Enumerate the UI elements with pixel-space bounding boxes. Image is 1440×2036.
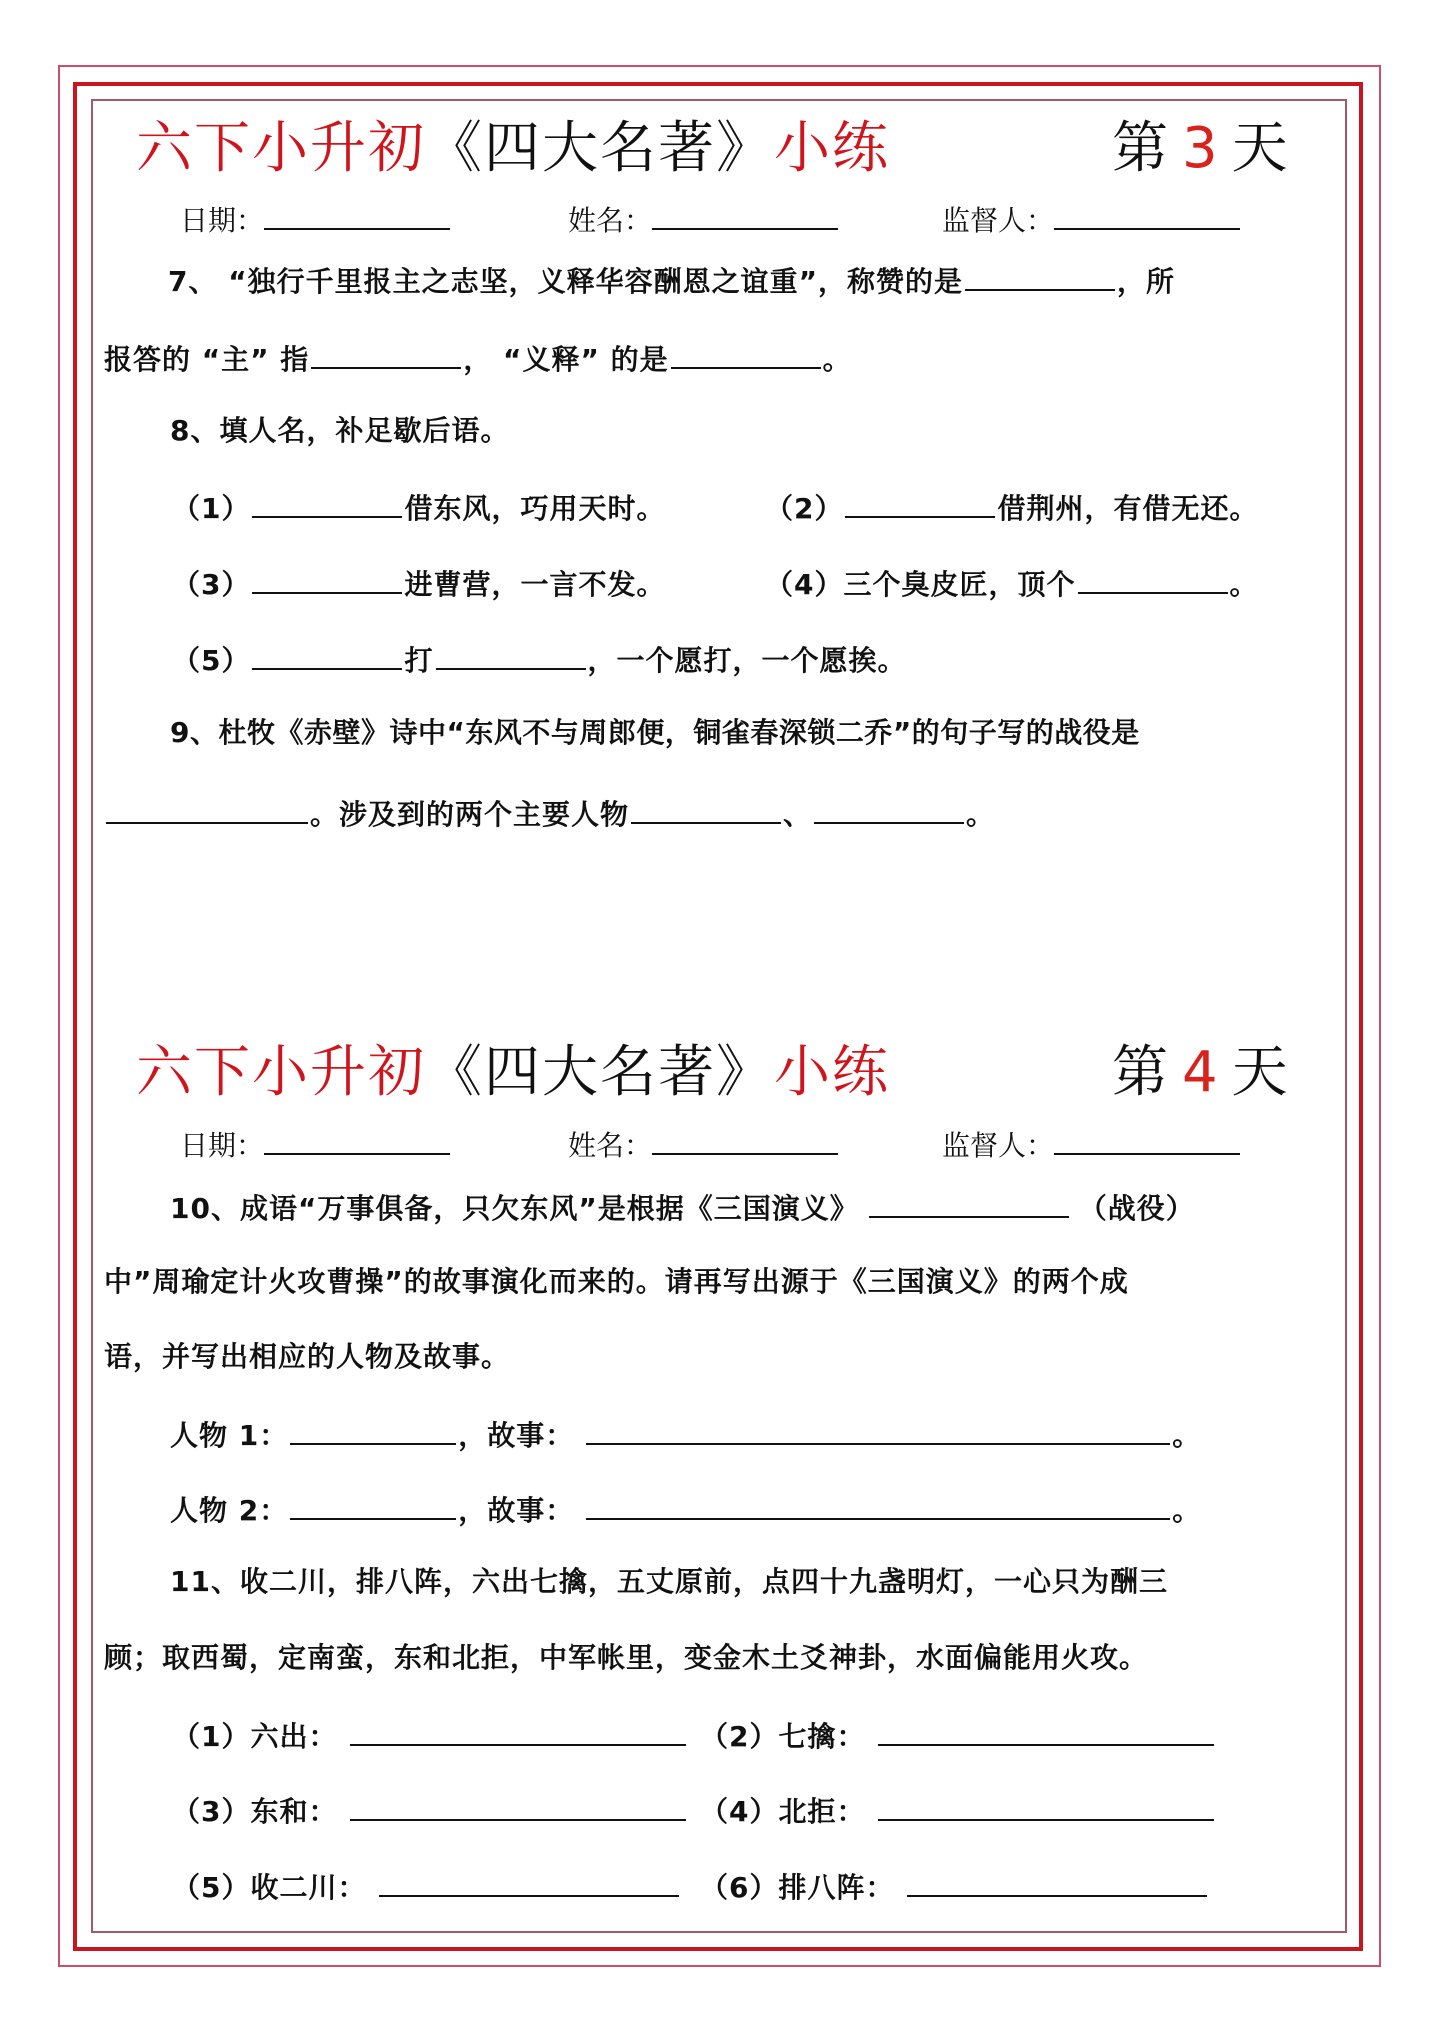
title-part-grade: 六下小升初 [136, 1040, 426, 1105]
q11-input-4[interactable] [878, 1789, 1214, 1821]
q9-blank-person-2[interactable] [814, 792, 964, 824]
title-part-grade: 六下小升初 [136, 116, 426, 181]
title-part-practice: 小练 [774, 1040, 890, 1105]
q7-text-3: ， “义释” 的是 [463, 343, 668, 376]
item-number: （4） [765, 568, 843, 601]
supervisor-label: 监督人： [942, 1129, 1054, 1162]
item-number: （3） [172, 1795, 250, 1828]
q11-input-3[interactable] [350, 1789, 686, 1821]
q10-text-3: 语，并写出相应的人物及故事。 [104, 1340, 510, 1373]
q7-end: 。 [823, 343, 852, 376]
story-label: ，故事： [458, 1494, 574, 1527]
question-9-line-1: 9、杜牧《赤壁》诗中“东风不与周郎便，铜雀春深锁二乔”的句子写的战役是 [170, 713, 1140, 753]
q9-end: 。 [966, 798, 995, 831]
q11-input-5[interactable] [379, 1865, 679, 1897]
question-7-line-1: 7、 “独行千里报主之志坚，义释华容酬恩之谊重”，称赞的是，所 [168, 259, 1175, 299]
story-2-input[interactable] [586, 1488, 1170, 1520]
item-label: 排八阵： [778, 1871, 894, 1904]
item-number: （1） [172, 492, 250, 525]
name-field: 姓名： [568, 1123, 838, 1163]
q10-blank-battle[interactable] [869, 1186, 1069, 1218]
q8-blank-2[interactable] [845, 486, 995, 518]
item-label: 六出： [250, 1720, 337, 1753]
q7-text-2: 报答的 “主” 指 [104, 343, 309, 376]
question-8-stem: 8、填人名，补足歇后语。 [170, 411, 509, 451]
day-label: 第4天 [1112, 1038, 1288, 1108]
name-label: 姓名： [568, 1129, 652, 1162]
item-text: 进曹营，一言不发。 [404, 568, 665, 601]
date-input[interactable] [264, 198, 450, 230]
item-text: 借荆州，有借无还。 [997, 492, 1258, 525]
q10-row-2: 人物 2：，故事：。 [170, 1488, 1201, 1528]
question-7-line-2: 报答的 “主” 指， “义释” 的是。 [104, 337, 852, 377]
q9-blank-battle[interactable] [106, 792, 308, 824]
date-label: 日期： [180, 204, 264, 237]
item-label: 东和： [250, 1795, 337, 1828]
question-11-line-2: 顾；取西蜀，定南蛮，东和北拒，中军帐里，变金木土爻神卦，水面偏能用火攻。 [104, 1638, 1148, 1678]
q10-text-battle: （战役） [1079, 1192, 1195, 1225]
day-number: 4 [1182, 1040, 1218, 1105]
name-field: 姓名： [568, 198, 838, 238]
item-number: （5） [172, 1871, 250, 1904]
q11-item-6: （6）排八阵： [700, 1865, 1209, 1905]
q8-blank-5a[interactable] [252, 638, 402, 670]
q8-item-3: （3）进曹营，一言不发。 [172, 562, 666, 602]
q7-blank-1[interactable] [965, 259, 1115, 291]
day-prefix: 第 [1112, 1040, 1168, 1105]
q7-text: 7、 “独行千里报主之志坚，义释华容酬恩之谊重”，称赞的是 [168, 265, 963, 298]
supervisor-input[interactable] [1054, 198, 1240, 230]
name-input[interactable] [652, 1123, 838, 1155]
q8-item-4: （4）三个臭皮匠，顶个。 [765, 562, 1259, 602]
day-suffix: 天 [1232, 1040, 1288, 1105]
item-number: （4） [700, 1795, 778, 1828]
q11-item-5: （5）收二川： [172, 1865, 681, 1905]
q11-item-2: （2）七擒： [700, 1714, 1216, 1754]
title-part-practice: 小练 [774, 116, 890, 181]
q11-text-2: 顾；取西蜀，定南蛮，东和北拒，中军帐里，变金木土爻神卦，水面偏能用火攻。 [104, 1641, 1148, 1674]
day4-header: 六下小升初《四大名著》小练 第4天 [0, 1038, 1440, 1108]
q8-blank-3[interactable] [252, 562, 402, 594]
person-1-input[interactable] [290, 1413, 456, 1445]
supervisor-label: 监督人： [942, 204, 1054, 237]
day-suffix: 天 [1232, 116, 1288, 181]
q8-blank-1[interactable] [252, 486, 402, 518]
supervisor-field: 监督人： [942, 198, 1240, 238]
q11-input-1[interactable] [350, 1714, 686, 1746]
item-number: （1） [172, 1720, 250, 1753]
item-end: 。 [1230, 568, 1259, 601]
row-end: 。 [1172, 1419, 1201, 1452]
q11-item-4: （4）北拒： [700, 1789, 1216, 1829]
item-number: （2） [700, 1720, 778, 1753]
q8-item-5: （5）打，一个愿打，一个愿挨。 [172, 638, 907, 678]
question-11-line-1: 11、收二川，排八阵，六出七擒，五丈原前，点四十九盏明灯，一心只为酬三 [170, 1562, 1168, 1602]
day-label: 第3天 [1112, 114, 1288, 184]
item-text: 打 [404, 644, 433, 677]
q8-item-1: （1）借东风，巧用天时。 [172, 486, 666, 526]
story-label: ，故事： [458, 1419, 574, 1452]
name-label: 姓名： [568, 204, 652, 237]
story-1-input[interactable] [586, 1413, 1170, 1445]
q11-input-2[interactable] [878, 1714, 1214, 1746]
item-text: 借东风，巧用天时。 [404, 492, 665, 525]
item-label: 收二川： [250, 1871, 366, 1904]
q8-blank-5b[interactable] [436, 638, 586, 670]
item-number: （5） [172, 644, 250, 677]
question-9-line-2: 。涉及到的两个主要人物、。 [104, 792, 995, 832]
person-label: 人物 1： [170, 1419, 288, 1452]
supervisor-input[interactable] [1054, 1123, 1240, 1155]
worksheet-title: 六下小升初《四大名著》小练 [136, 1038, 890, 1108]
name-input[interactable] [652, 198, 838, 230]
question-10-line-3: 语，并写出相应的人物及故事。 [104, 1337, 510, 1377]
person-2-input[interactable] [290, 1488, 456, 1520]
q10-text: 10、成语“万事俱备，只欠东风”是根据《三国演义》 [170, 1192, 859, 1225]
q7-text-cont: ，所 [1117, 265, 1175, 298]
item-text-end: ，一个愿打，一个愿挨。 [588, 644, 907, 677]
supervisor-field: 监督人： [942, 1123, 1240, 1163]
q9-sep: 、 [783, 798, 812, 831]
day-prefix: 第 [1112, 116, 1168, 181]
item-number: （6） [700, 1871, 778, 1904]
q7-blank-2[interactable] [311, 337, 461, 369]
person-label: 人物 2： [170, 1494, 288, 1527]
q9-blank-person-1[interactable] [631, 792, 781, 824]
item-text: 三个臭皮匠，顶个 [843, 568, 1075, 601]
q7-blank-3[interactable] [671, 337, 821, 369]
date-field: 日期： [180, 1123, 450, 1163]
q10-row-1: 人物 1：，故事：。 [170, 1413, 1201, 1453]
q11-item-3: （3）东和： [172, 1789, 688, 1829]
date-label: 日期： [180, 1129, 264, 1162]
question-10-line-1: 10、成语“万事俱备，只欠东风”是根据《三国演义》（战役） [170, 1186, 1195, 1226]
item-number: （2） [765, 492, 843, 525]
item-number: （3） [172, 568, 250, 601]
q11-item-1: （1）六出： [172, 1714, 688, 1754]
title-part-book: 《四大名著》 [426, 116, 774, 181]
title-part-book: 《四大名著》 [426, 1040, 774, 1105]
item-label: 七擒： [778, 1720, 865, 1753]
q8-text: 8、填人名，补足歇后语。 [170, 414, 509, 447]
question-10-line-2: 中”周瑜定计火攻曹操”的故事演化而来的。请再写出源于《三国演义》的两个成 [104, 1262, 1129, 1302]
day3-header: 六下小升初《四大名著》小练 第3天 [0, 114, 1440, 184]
day-number: 3 [1182, 116, 1218, 181]
q11-text: 11、收二川，排八阵，六出七擒，五丈原前，点四十九盏明灯，一心只为酬三 [170, 1565, 1168, 1598]
q8-blank-4[interactable] [1078, 562, 1228, 594]
q11-input-6[interactable] [907, 1865, 1207, 1897]
q8-item-2: （2）借荆州，有借无还。 [765, 486, 1259, 526]
date-field: 日期： [180, 198, 450, 238]
row-end: 。 [1172, 1494, 1201, 1527]
item-label: 北拒： [778, 1795, 865, 1828]
date-input[interactable] [264, 1123, 450, 1155]
q10-text-2: 中”周瑜定计火攻曹操”的故事演化而来的。请再写出源于《三国演义》的两个成 [104, 1265, 1129, 1298]
worksheet-title: 六下小升初《四大名著》小练 [136, 114, 890, 184]
q9-text: 9、杜牧《赤壁》诗中“东风不与周郎便，铜雀春深锁二乔”的句子写的战役是 [170, 716, 1140, 749]
q9-text-2: 。涉及到的两个主要人物 [310, 798, 629, 831]
